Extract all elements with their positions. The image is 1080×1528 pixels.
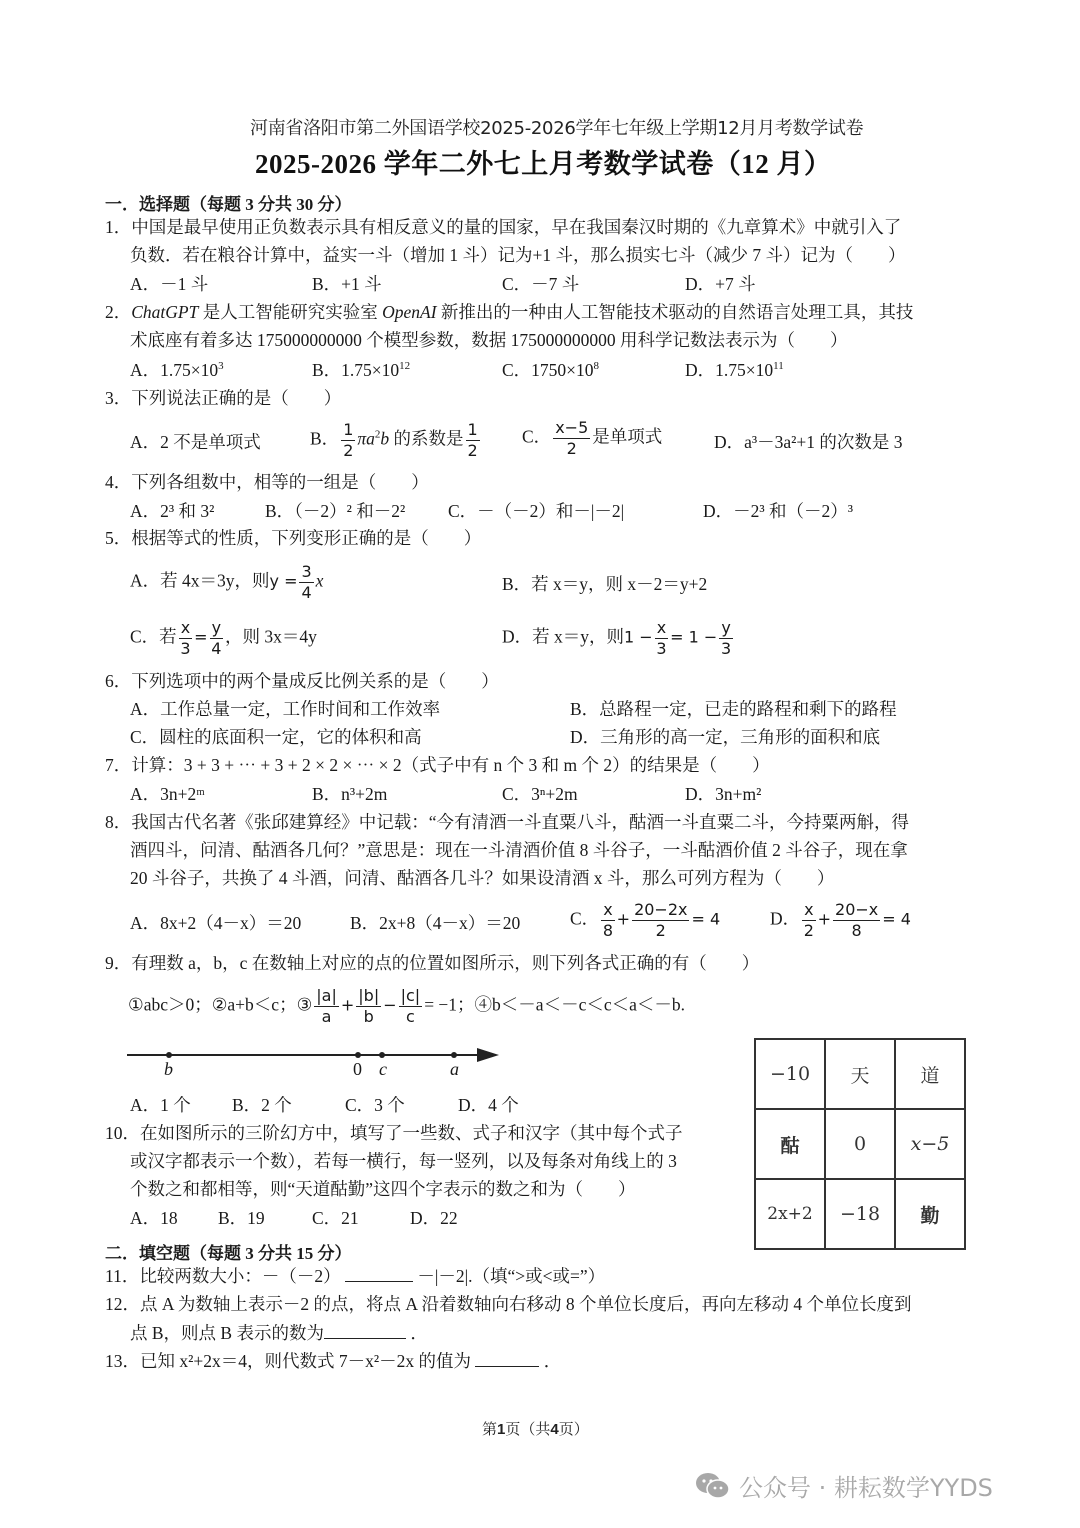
question-text: 20 斗谷子，共换了 4 斗酒，问清、酤酒各几斗？如果设清酒 x 斗，那么可列方… xyxy=(130,870,834,888)
exam-subtitle: 河南省洛阳市第二外国语学校2025-2026学年七年级上学期12月月考数学试卷 xyxy=(250,114,863,140)
option-d: D．4 个 xyxy=(458,1097,519,1115)
point-label-b: b xyxy=(164,1059,173,1080)
number-line-figure xyxy=(125,1043,505,1083)
question-text: 下列各组数中，相等的一组是（ ） xyxy=(131,472,429,492)
option-c: C．x8+20−2x2= 4 xyxy=(570,902,720,939)
option-c: C．x−52是单项式 xyxy=(522,420,662,457)
option-a: A．8x+2（4－x）＝20 xyxy=(130,915,301,933)
question-number: 3． xyxy=(105,388,131,408)
watermark: 公众号 · 耕耘数学YYDS xyxy=(695,1468,993,1503)
answer-blank[interactable] xyxy=(475,1352,539,1367)
option-b: B．1.75×1012 xyxy=(312,362,410,380)
statements: ①abc＞0；②a+b＜c；③|a|a+|b|b−|c|c= −1；④b＜－a＜… xyxy=(128,988,685,1025)
option-c: C．3ⁿ+2m xyxy=(502,786,578,804)
option-c: C．3 个 xyxy=(345,1097,405,1115)
option-c: C．－7 斗 xyxy=(502,276,579,294)
question-text: 下列选项中的两个量成反比例关系的是（ ） xyxy=(131,671,499,691)
question-text: 个数之和都相等，则“天道酤勤”这四个字表示的数之和为（ ） xyxy=(130,1181,636,1199)
italic-term: ChatGPT xyxy=(131,302,198,322)
question-number: 9． xyxy=(105,953,131,973)
option-d: D．若 x＝y，则1 −x3= 1 −y3 xyxy=(502,620,735,657)
magic-cell: 道 xyxy=(895,1039,965,1109)
question-number: 1． xyxy=(105,217,131,237)
point-label-0: 0 xyxy=(353,1059,362,1080)
italic-term: OpenAI xyxy=(382,302,436,322)
question-number: 7． xyxy=(105,755,131,775)
question-number: 10． xyxy=(105,1123,140,1143)
option-d: D．x2+20−x8= 4 xyxy=(770,902,911,939)
question-text: 中国是最早使用正负数表示具有相反意义的量的国家，早在我国秦汉时期的《九章算术》中… xyxy=(131,217,901,237)
option-c: C．－（－2）和－|－2| xyxy=(448,503,624,521)
option-b: B．19 xyxy=(218,1210,265,1228)
option-a: A．3n+2ᵐ xyxy=(130,786,205,804)
question-number: 11． xyxy=(105,1266,139,1286)
magic-cell: x−5 xyxy=(895,1109,965,1179)
option-d: D．1.75×1011 xyxy=(685,362,784,380)
question-text: 酒四斗，问清、酤酒各几何？”意思是：现在一斗清酒价值 8 斗谷子，一斗酤酒价值 … xyxy=(130,842,908,860)
option-b: B．+1 斗 xyxy=(312,276,382,294)
option-b: B．若 x＝y，则 x－2＝y+2 xyxy=(502,576,707,594)
option-c: C．1750×108 xyxy=(502,362,599,380)
magic-cell: 勤 xyxy=(895,1179,965,1249)
question-text: 或汉字都表示一个数），若每一横行，每一竖列，以及每条对角线上的 3 xyxy=(130,1153,677,1171)
wechat-icon xyxy=(695,1471,731,1501)
question-text: 是人工智能研究实验室 xyxy=(203,302,378,322)
magic-cell: 酤 xyxy=(755,1109,825,1179)
magic-cell: −10 xyxy=(755,1039,825,1109)
question-text: 计算：3 + 3 + ⋯ + 3 + 2 × 2 × ⋯ × 2（式子中有 n … xyxy=(131,755,769,775)
magic-square: −10 天 道 酤 0 x−5 2x+2 −18 勤 xyxy=(754,1038,966,1250)
section-heading-choice: 一．选择题（每题 3 分共 30 分） xyxy=(105,190,352,215)
option-a: A．2³ 和 3² xyxy=(130,503,214,521)
question-number: 5． xyxy=(105,528,131,548)
question-text: 根据等式的性质，下列变形正确的是（ ） xyxy=(131,528,481,548)
question-number: 2． xyxy=(105,302,131,322)
magic-cell: 2x+2 xyxy=(755,1179,825,1249)
question-number: 6． xyxy=(105,671,131,691)
option-d: D．22 xyxy=(410,1210,458,1228)
option-a: A．工作总量一定，工作时间和工作效率 xyxy=(130,701,440,719)
option-b: B．12πa2b 的系数是12 xyxy=(310,422,482,459)
option-d: D．a³－3a²+1 的次数是 3 xyxy=(714,434,903,452)
question-number: 4． xyxy=(105,472,131,492)
option-a: A．若 4x＝3y，则y =34x xyxy=(130,564,323,601)
option-a: A．1.75×103 xyxy=(130,362,224,380)
option-b: B．总路程一定，已走的路程和剩下的路程 xyxy=(570,701,897,719)
question-text: 下列说法正确的是（ ） xyxy=(131,388,341,408)
magic-cell: −18 xyxy=(825,1179,895,1249)
option-b: B．（－2）² 和－2² xyxy=(265,503,405,521)
option-a: A．18 xyxy=(130,1210,178,1228)
question-text: 新推出的一种由人工智能技术驱动的自然语言处理工具，其技 xyxy=(441,302,914,322)
point-label-a: a xyxy=(450,1059,459,1080)
option-a: A．2 不是单项式 xyxy=(130,434,261,452)
page-indicator: 第1页（共4页） xyxy=(482,1418,589,1439)
option-d: D．+7 斗 xyxy=(685,276,756,294)
exam-title: 2025-2026 学年二外七上月考数学试卷（12 月） xyxy=(255,142,832,181)
question-text: 有理数 a，b，c 在数轴上对应的点的位置如图所示，则下列各式正确的有（ ） xyxy=(131,953,759,973)
question-text: 术底座有着多达 175000000000 个模型参数，数据 1750000000… xyxy=(130,332,848,350)
option-d: D．三角形的高一定，三角形的面积和底 xyxy=(570,729,880,747)
option-c: C．圆柱的底面积一定，它的体积和高 xyxy=(130,729,422,747)
section-heading-fill: 二．填空题（每题 3 分共 15 分） xyxy=(105,1239,352,1264)
magic-cell: 天 xyxy=(825,1039,895,1109)
option-c: C．21 xyxy=(312,1210,359,1228)
magic-cell: 0 xyxy=(825,1109,895,1179)
question-number: 8． xyxy=(105,812,131,832)
question-number: 12． xyxy=(105,1294,140,1314)
point-label-c: c xyxy=(379,1059,387,1080)
option-d: D．3n+m² xyxy=(685,786,761,804)
answer-blank[interactable] xyxy=(324,1324,406,1339)
option-b: B．2x+8（4－x）＝20 xyxy=(350,915,520,933)
option-d: D．－2³ 和（－2）³ xyxy=(703,503,853,521)
answer-blank[interactable] xyxy=(345,1267,413,1282)
option-c: C．若x3=y4，则 3x＝4y xyxy=(130,620,317,657)
option-a: A．－1 斗 xyxy=(130,276,208,294)
question-text: 我国古代名著《张邱建算经》中记载：“今有清酒一斗直粟八斗，酤酒一斗直粟二斗，今持… xyxy=(131,812,909,832)
question-text: 负数．若在粮谷计算中，益实一斗（增加 1 斗）记为+1 斗，那么损实七斗（减少 … xyxy=(130,247,906,265)
question-text: 在如图所示的三阶幻方中，填写了一些数、式子和汉字（其中每个式子 xyxy=(140,1123,683,1143)
option-b: B．2 个 xyxy=(232,1097,292,1115)
option-a: A．1 个 xyxy=(130,1097,191,1115)
option-b: B．n³+2m xyxy=(312,786,387,804)
watermark-text: 公众号 · 耕耘数学YYDS xyxy=(739,1468,993,1503)
question-number: 13． xyxy=(105,1351,140,1371)
